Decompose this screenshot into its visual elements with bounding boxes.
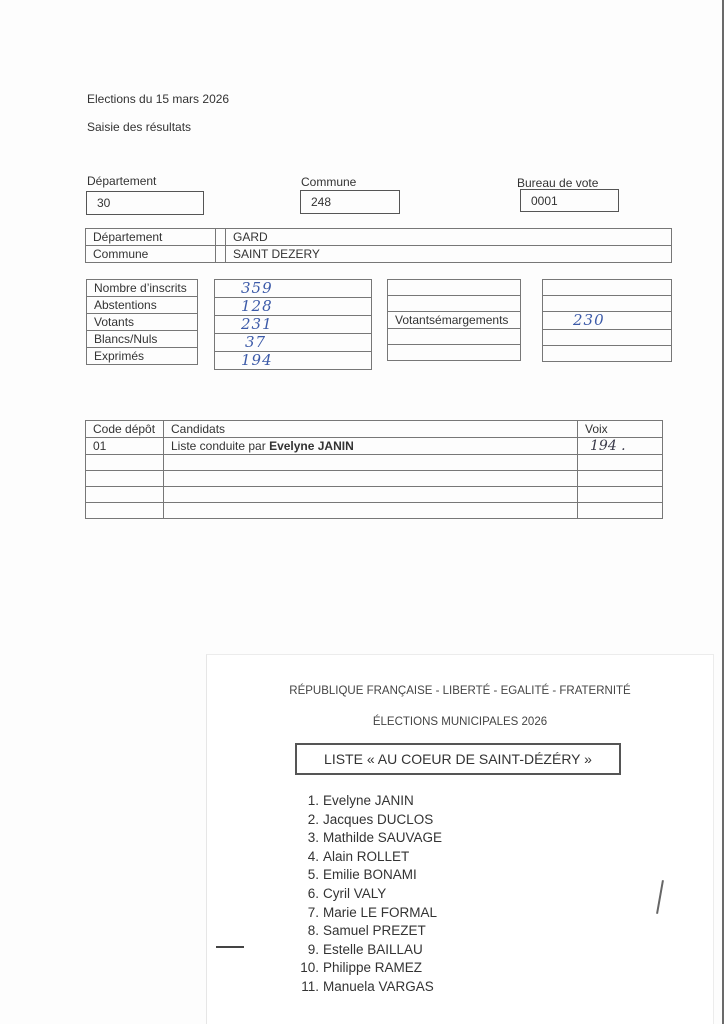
list-item: 5.Emilie BONAMI xyxy=(299,866,442,885)
counts-values-table: 359 128 231 37 194 xyxy=(214,279,372,370)
table-row: 01 Liste conduite par Evelyne JANIN 194 … xyxy=(86,438,663,455)
list-item: 3.Mathilde SAUVAGE xyxy=(299,829,442,848)
row-candidate-prefix: Liste conduite par xyxy=(171,439,269,453)
candidates-table: Code dépôt Candidats Voix 01 Liste condu… xyxy=(85,420,663,519)
count-label: Exprimés xyxy=(87,348,198,365)
list-item: 7.Marie LE FORMAL xyxy=(299,904,442,923)
election-title: Elections du 15 mars 2026 xyxy=(87,92,229,106)
table-row xyxy=(86,487,663,503)
row-candidate-leader: Evelyne JANIN xyxy=(269,439,354,453)
location-row: Commune SAINT DEZERY xyxy=(86,246,672,263)
ballot-paper: RÉPUBLIQUE FRANÇAISE - LIBERTÉ - EGALITÉ… xyxy=(206,654,714,1024)
pen-mark-dash xyxy=(216,946,244,948)
location-label: Commune xyxy=(86,246,216,263)
list-item: 11.Manuela VARGAS xyxy=(299,978,442,997)
count-label: Blancs/Nuls xyxy=(87,331,198,348)
location-spacer xyxy=(216,229,226,246)
emargements-value: 230 xyxy=(573,311,605,329)
form-subtitle: Saisie des résultats xyxy=(87,120,191,134)
row-votes: 194 . xyxy=(590,438,626,454)
emargements-label: Votantsémargements xyxy=(388,312,521,329)
header-code: Code dépôt xyxy=(86,421,164,438)
candidates-header-row: Code dépôt Candidats Voix xyxy=(86,421,663,438)
counts-labels-table: Nombre d’inscrits Abstentions Votants Bl… xyxy=(86,279,198,365)
count-label: Votants xyxy=(87,314,198,331)
commune-code-label: Commune xyxy=(301,175,356,189)
count-label: Abstentions xyxy=(87,297,198,314)
location-spacer xyxy=(216,246,226,263)
table-row xyxy=(86,455,663,471)
list-item: 8.Samuel PREZET xyxy=(299,922,442,941)
bureau-label: Bureau de vote xyxy=(517,176,598,190)
ballot-motto: RÉPUBLIQUE FRANÇAISE - LIBERTÉ - EGALITÉ… xyxy=(207,685,713,697)
count-value: 194 xyxy=(241,351,273,369)
departement-code-label: Département xyxy=(87,174,156,188)
count-value: 359 xyxy=(241,279,273,297)
bureau-field: 0001 xyxy=(520,189,619,212)
header-votes: Voix xyxy=(578,421,663,438)
location-table: Département GARD Commune SAINT DEZERY xyxy=(85,228,672,263)
list-item: 4.Alain ROLLET xyxy=(299,848,442,867)
location-label: Département xyxy=(86,229,216,246)
header-candidates: Candidats xyxy=(164,421,578,438)
list-item: 10.Philippe RAMEZ xyxy=(299,959,442,978)
count-value: 37 xyxy=(245,333,266,351)
location-value: GARD xyxy=(226,229,672,246)
location-value: SAINT DEZERY xyxy=(226,246,672,263)
ballot-list-name: LISTE « AU COEUR DE SAINT-DÉZÉRY » xyxy=(295,743,621,775)
list-item: 6.Cyril VALY xyxy=(299,885,442,904)
row-code: 01 xyxy=(86,438,164,455)
table-row xyxy=(86,503,663,519)
list-item: 9.Estelle BAILLAU xyxy=(299,941,442,960)
commune-code-field: 248 xyxy=(300,190,400,214)
location-row: Département GARD xyxy=(86,229,672,246)
ballot-election: ÉLECTIONS MUNICIPALES 2026 xyxy=(207,716,713,728)
emargements-label-table: Votantsémargements xyxy=(387,279,521,361)
table-row xyxy=(86,471,663,487)
emargements-value-table: 230 xyxy=(542,279,672,362)
departement-code-field: 30 xyxy=(86,191,204,215)
ballot-candidate-list: 1.Evelyne JANIN 2.Jacques DUCLOS 3.Mathi… xyxy=(299,792,442,997)
count-value: 231 xyxy=(241,315,273,333)
count-label: Nombre d’inscrits xyxy=(87,280,198,297)
count-value: 128 xyxy=(241,297,273,315)
row-candidate: Liste conduite par Evelyne JANIN xyxy=(164,438,578,455)
list-item: 1.Evelyne JANIN xyxy=(299,792,442,811)
list-item: 2.Jacques DUCLOS xyxy=(299,811,442,830)
